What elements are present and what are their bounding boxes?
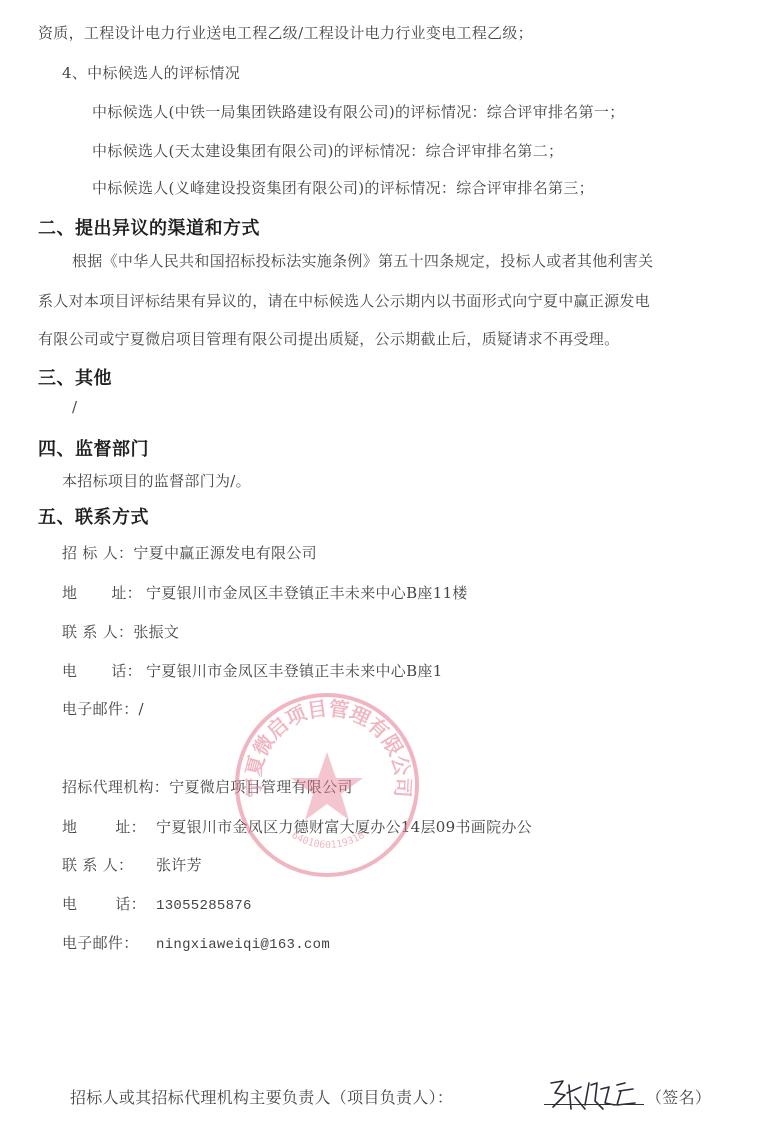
agency-contact-value: 张许芳 [156,856,202,874]
agency-contact-row: 联 系 人：张许芳 [62,854,202,875]
agency-address-label: 地址： [62,816,156,837]
candidate-2: 中标候选人(天太建设集团有限公司)的评标情况：综合评审排名第二； [92,140,563,161]
agency-address-value: 宁夏银川市金凤区力德财富大厦办公14层09书画院办公 [156,818,532,836]
tenderer-email-label: 电子邮件： [62,698,139,719]
tenderer-address-value: 宁夏银川市金凤区丰登镇正丰未来中心B座11楼 [146,584,468,602]
heading-objection: 二、提出异议的渠道和方式 [38,214,260,240]
signature-suffix: （签名） [646,1085,711,1108]
agency-email-value: ningxiaweiqi@163.com [156,937,330,953]
candidate-1: 中标候选人(中铁一局集团铁路建设有限公司)的评标情况：综合评审排名第一； [92,101,625,122]
tenderer-row: 招 标 人：宁夏中赢正源发电有限公司 [62,542,317,563]
supervision-body: 本招标项目的监督部门为/。 [62,470,251,491]
agency-label: 招标代理机构： [62,776,169,797]
tenderer-label: 招 标 人： [62,542,133,563]
candidate-3: 中标候选人(义峰建设投资集团有限公司)的评标情况：综合评审排名第三； [92,177,594,198]
tenderer-email-value: / [139,700,144,718]
signature-label: 招标人或其招标代理机构主要负责人（项目负责人）： [70,1085,453,1108]
qualification-line: 资质，工程设计电力行业送电工程乙级/工程设计电力行业变电工程乙级； [38,22,533,43]
agency-row: 招标代理机构：宁夏微启项目管理有限公司 [62,776,353,797]
handwritten-signature-icon [545,1075,643,1113]
objection-body-1: 根据《中华人民共和国招标投标法实施条例》第五十四条规定，投标人或者其他利害关 [72,250,653,271]
agency-phone-value: 13055285876 [156,898,252,914]
other-body: / [72,398,77,416]
tenderer-contact-label: 联 系 人： [62,621,133,642]
tenderer-address-label: 地址： [62,582,146,603]
agency-phone-row: 电话：13055285876 [62,893,252,914]
heading-other: 三、其他 [38,364,112,390]
tenderer-email-row: 电子邮件：/ [62,698,144,719]
tenderer-contact-row: 联 系 人：张振文 [62,621,179,642]
tenderer-phone-label: 电话： [62,660,146,681]
tenderer-address-row: 地址：宁夏银川市金凤区丰登镇正丰未来中心B座11楼 [62,582,468,603]
tenderer-contact-value: 张振文 [133,623,179,641]
item4-title: 4、中标候选人的评标情况 [62,62,240,83]
agency-address-row: 地址：宁夏银川市金凤区力德财富大厦办公14层09书画院办公 [62,816,532,837]
agency-email-label: 电子邮件： [62,932,156,953]
tenderer-phone-value: 宁夏银川市金凤区丰登镇正丰未来中心B座1 [146,662,443,680]
signature-underline [544,1104,644,1105]
agency-value: 宁夏微启项目管理有限公司 [169,778,353,796]
tenderer-value: 宁夏中赢正源发电有限公司 [133,544,317,562]
tenderer-phone-row: 电话：宁夏银川市金凤区丰登镇正丰未来中心B座1 [62,660,443,681]
objection-body-2: 系人对本项目评标结果有异议的，请在中标候选人公示期内以书面形式向宁夏中赢正源发电 [38,290,650,311]
agency-contact-label: 联 系 人： [62,854,156,875]
agency-phone-label: 电话： [62,893,156,914]
heading-supervision: 四、监督部门 [38,435,149,461]
heading-contact: 五、联系方式 [38,503,149,529]
objection-body-3: 有限公司或宁夏微启项目管理有限公司提出质疑，公示期截止后，质疑请求不再受理。 [38,328,619,349]
agency-email-row: 电子邮件：ningxiaweiqi@163.com [62,932,330,953]
